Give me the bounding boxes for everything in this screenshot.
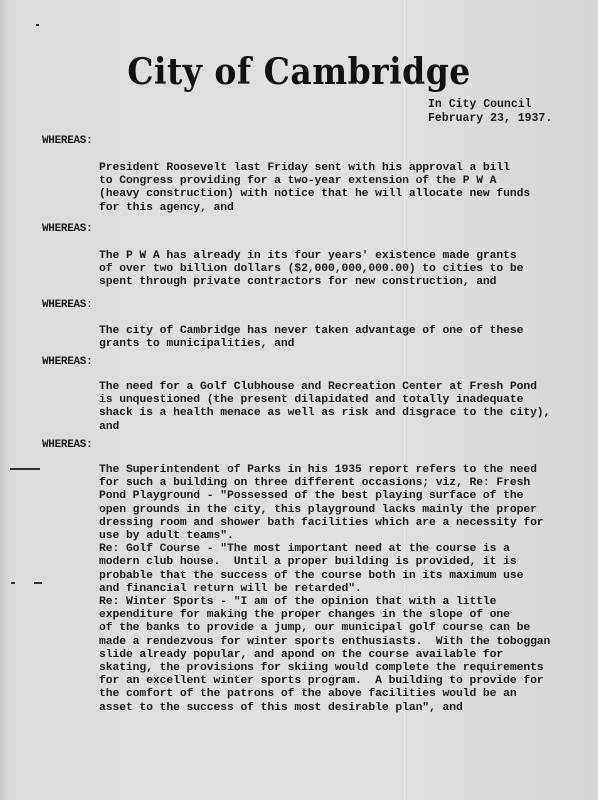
margin-mark	[11, 582, 15, 584]
council-line: In City Council	[428, 98, 532, 111]
whereas-heading: WHEREAS:	[42, 223, 92, 235]
whereas-heading: WHEREAS:	[42, 299, 92, 311]
whereas-paragraph-5: The Superintendent of Parks in his 1935 …	[99, 464, 550, 715]
margin-mark	[34, 582, 42, 584]
whereas-paragraph-4: The need for a Golf Clubhouse and Recrea…	[99, 381, 550, 434]
whereas-paragraph-1: President Roosevelt last Friday sent wit…	[99, 162, 530, 215]
whereas-paragraph-2: The P W A has already in its four years'…	[99, 250, 523, 290]
document-date: February 23, 1937.	[428, 112, 552, 125]
whereas-heading: WHEREAS:	[42, 356, 92, 368]
margin-mark	[36, 24, 39, 26]
document-page: City of Cambridge In City Council Februa…	[0, 0, 598, 800]
whereas-heading: WHEREAS:	[42, 135, 92, 147]
council-header: In City Council February 23, 1937.	[428, 98, 552, 126]
whereas-paragraph-3: The city of Cambridge has never taken ad…	[99, 325, 523, 351]
margin-mark	[10, 468, 40, 470]
whereas-heading: WHEREAS:	[42, 439, 92, 451]
letterhead-title: City of Cambridge	[0, 50, 598, 93]
